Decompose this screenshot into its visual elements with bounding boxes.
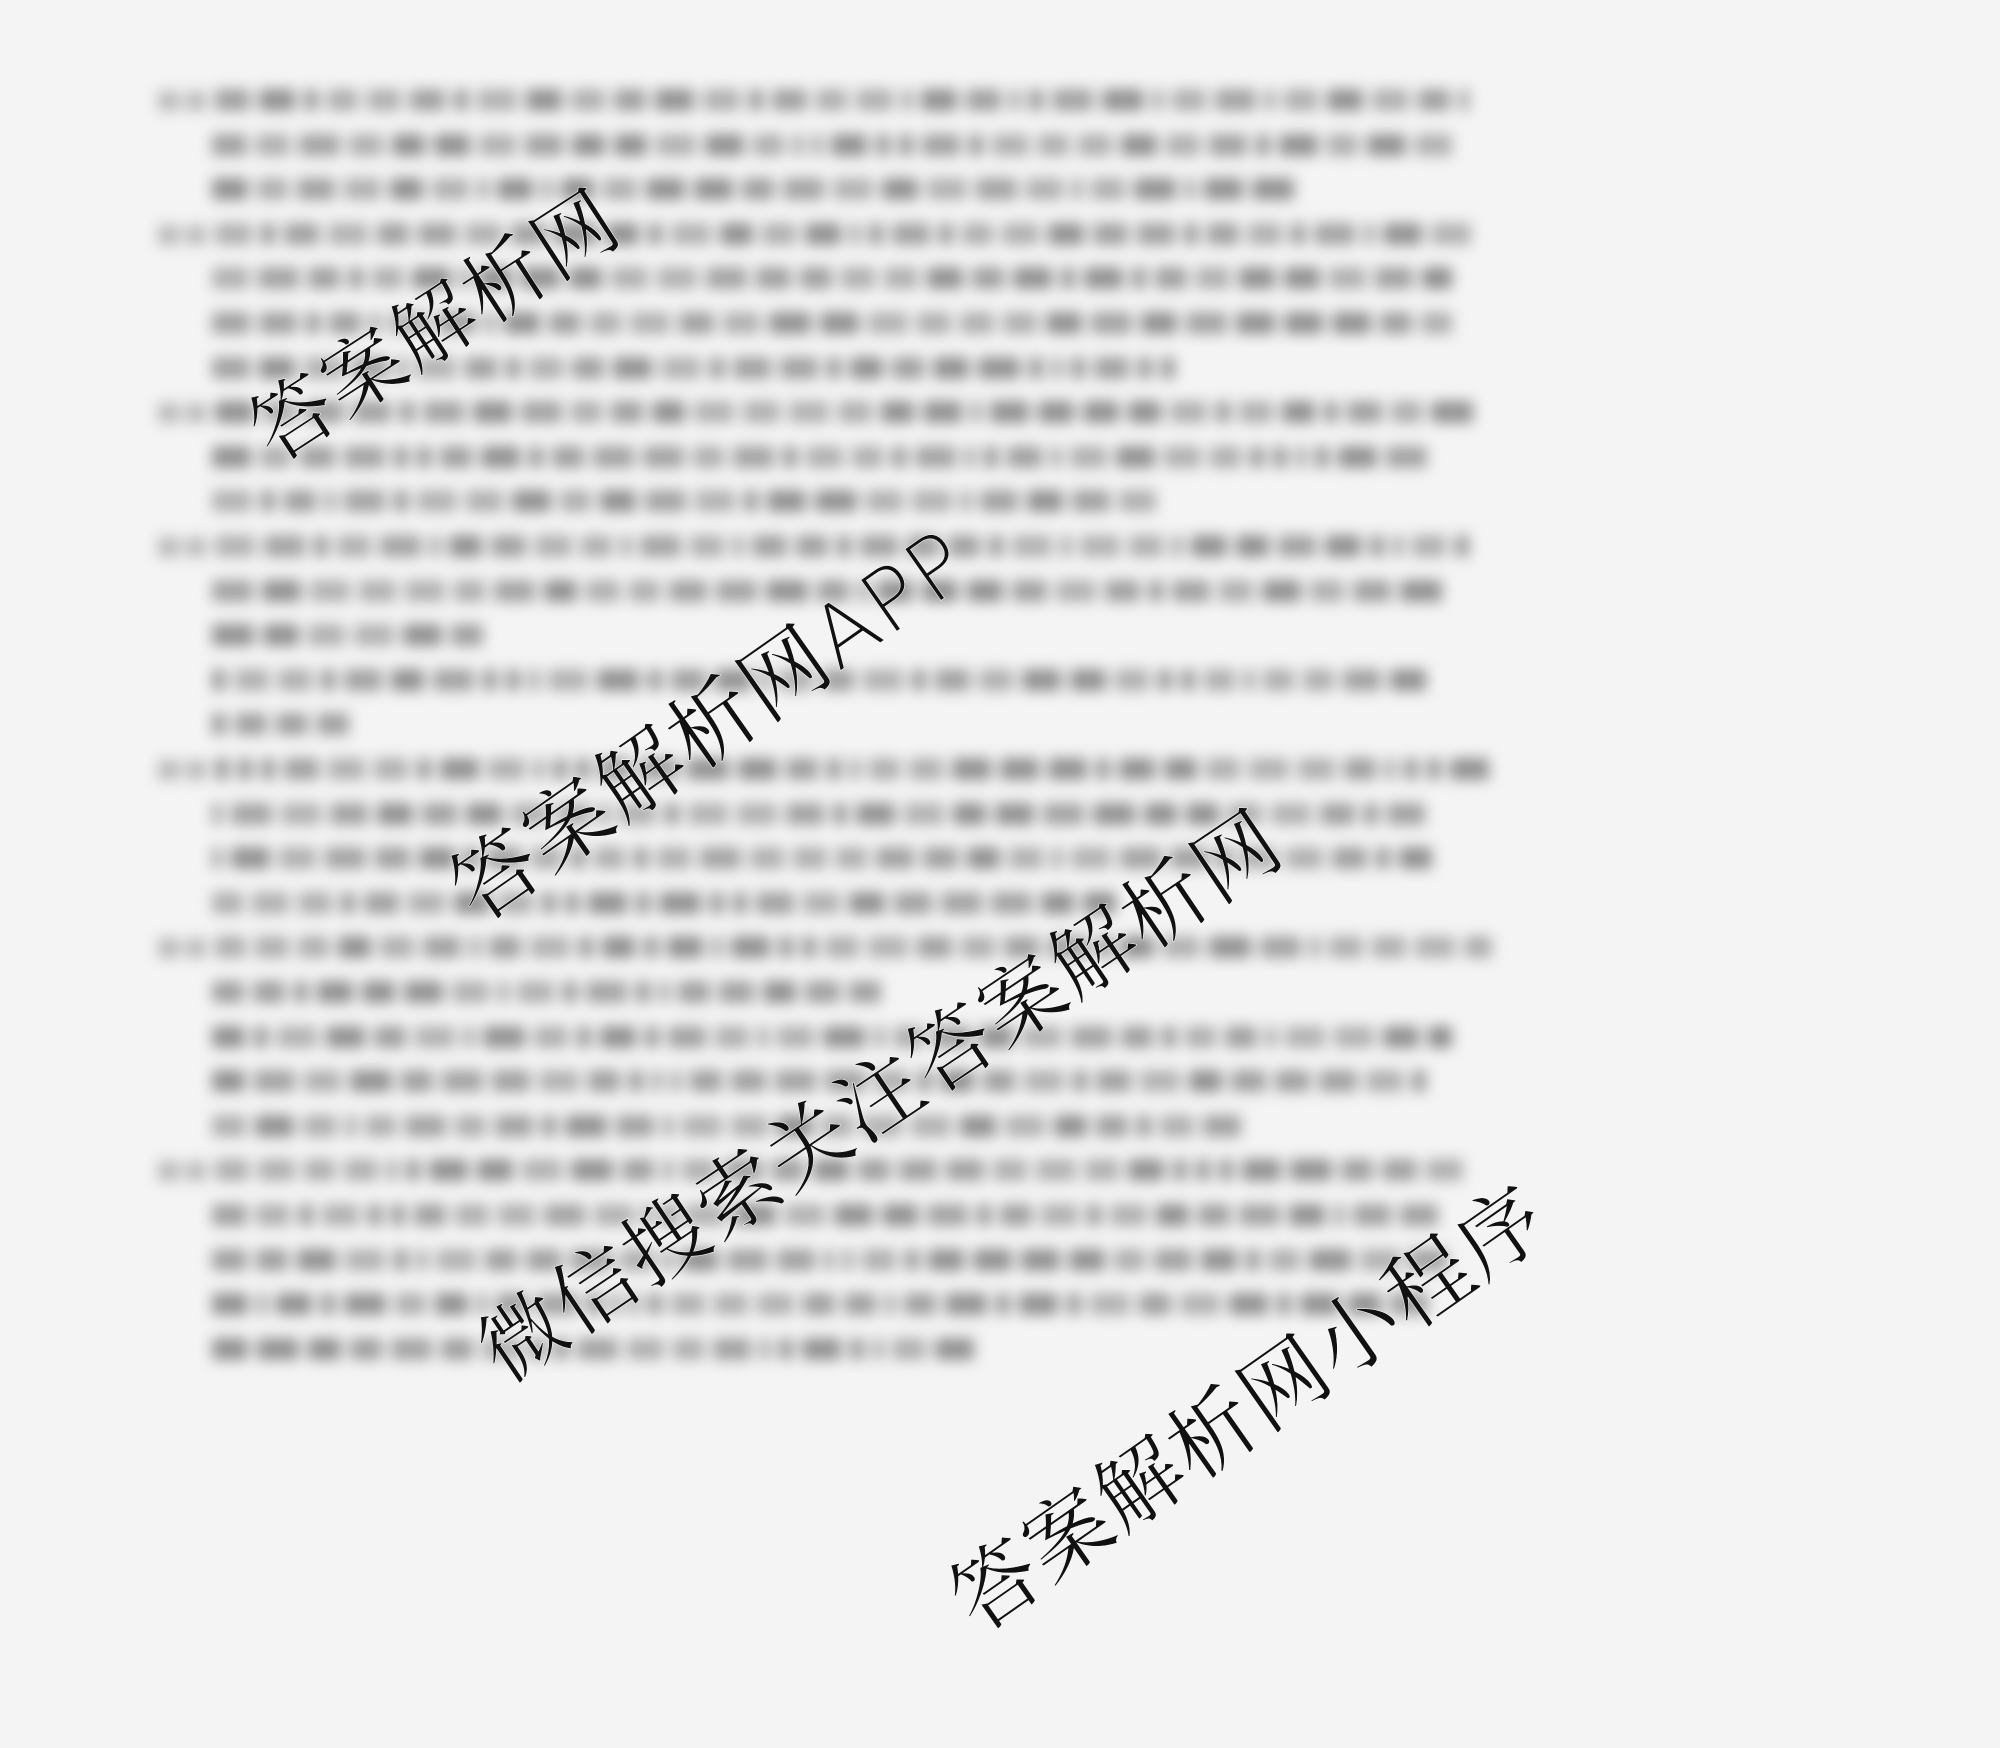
text-line <box>212 1026 1452 1048</box>
text-line <box>212 446 1427 468</box>
text-line <box>212 178 1294 200</box>
text-line <box>212 1204 1438 1226</box>
text-line <box>215 89 1469 111</box>
text-line <box>212 134 1452 156</box>
text-line <box>215 535 1469 557</box>
text-line <box>212 1249 1447 1271</box>
question-number <box>158 937 206 959</box>
question-number <box>158 1160 206 1182</box>
text-line <box>212 490 1156 512</box>
text-line <box>212 892 1116 914</box>
text-line <box>212 624 483 646</box>
blurred-answer-text <box>0 0 2000 1748</box>
question-number <box>158 224 206 246</box>
question-number <box>158 536 206 558</box>
question-number <box>158 759 206 781</box>
text-line <box>215 936 1492 958</box>
text-line <box>215 401 1473 423</box>
text-line <box>215 223 1471 245</box>
text-line <box>212 267 1452 289</box>
question-number <box>158 402 206 424</box>
text-line <box>212 981 881 1003</box>
text-line <box>215 758 1489 780</box>
question-number <box>158 90 206 112</box>
text-line <box>212 1115 1241 1137</box>
text-line <box>212 713 349 735</box>
text-line <box>212 1293 1428 1315</box>
document-page <box>0 0 2000 1748</box>
